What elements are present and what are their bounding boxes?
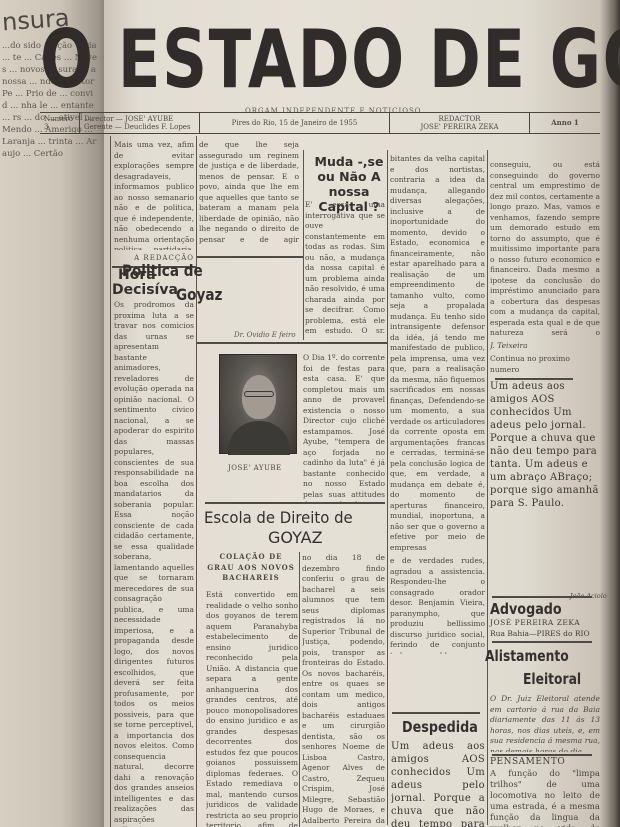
section-divider xyxy=(392,712,480,714)
politica-title-1: Politica de xyxy=(122,262,203,280)
advogado-address: Rua Bahia—PIRES do RIO xyxy=(490,629,590,638)
glasses-icon xyxy=(244,391,274,397)
muda-se-col1: E' essa uma interrogativa que se ouve co… xyxy=(305,200,385,336)
section-divider xyxy=(492,754,592,756)
advogado-name: JOSÉ PEREIRA ZEKA xyxy=(490,618,580,627)
politica-byline: Dr. Ovidio E feiro xyxy=(234,331,296,339)
column-rule xyxy=(303,150,304,340)
section-divider xyxy=(197,256,303,258)
director: Director — JOSE' AYUBE xyxy=(84,115,195,123)
despedida-title: Despedida xyxy=(402,718,478,736)
alistamento-title-1: Alistamento xyxy=(485,647,569,665)
muda-se-continued: Continua no proximo numero xyxy=(490,354,600,376)
pensamento-body: A função do "limpa trilhos" de uma locom… xyxy=(490,769,600,827)
escola-title-2: GOYAZ xyxy=(268,528,323,548)
column-rule xyxy=(196,136,197,827)
editor-name: JOSE' PEREIRA ZEKA xyxy=(394,123,525,131)
alistamento-title-2: Eleitoral xyxy=(523,670,581,688)
masthead-title: O ESTADO DE GOYAZ xyxy=(40,14,492,106)
despedida-body-continued: Um adeus aos amigos AOS conhecidos Um ad… xyxy=(490,380,600,510)
hora-decisiva-body: Os prodromos da proxima luta a se travar… xyxy=(114,300,194,827)
escola-col3: e de verdades rudes, agradou a assistenc… xyxy=(390,556,485,654)
manager: Gerente — Deuclides F. Lopes xyxy=(84,123,195,131)
muda-se-col2: bitantes da velha capital e dos nortista… xyxy=(390,154,485,554)
issue-number: Numero 3 xyxy=(40,113,80,133)
section-divider xyxy=(205,502,385,504)
column-rule xyxy=(299,552,300,827)
editorial-note-col2: de que lhe seja assegurado um reginem de… xyxy=(199,140,299,244)
newspaper-page: nsura ...do sido ... ição varia ... te .… xyxy=(0,0,620,827)
pensamento-title: PENSAMENTO xyxy=(490,757,565,767)
despedida-body-part1: Um adeus aos amigos AOS conhecidos Um ad… xyxy=(391,740,485,827)
photo-caption: JOSE' AYUBE xyxy=(228,464,282,472)
escola-col1: Está convertido em realidade o velho son… xyxy=(206,590,298,827)
jose-ayube-photo xyxy=(219,354,297,454)
editorial-note-col1: Mais uma vez, afim de evitar explorações… xyxy=(114,140,194,250)
editor-label: REDACTOR xyxy=(394,115,525,123)
section-divider xyxy=(492,596,592,598)
ayube-body: O Dia 1º. do corrente foi de festas para… xyxy=(303,353,385,503)
muda-se-col3: conseguiu, ou está conseguindo do govern… xyxy=(490,160,600,340)
alistamento-body: O Dr. Juiz Eleitoral atende em cartorio … xyxy=(490,694,600,752)
year-label: Anno 1 xyxy=(530,113,600,133)
column-rule xyxy=(387,150,388,825)
section-divider xyxy=(492,641,592,643)
column-rule xyxy=(110,136,111,827)
section-divider xyxy=(197,342,387,344)
hora-decisiva-title-2: Decisíva xyxy=(112,283,178,298)
advogado-title: Advogado xyxy=(490,600,562,618)
muda-se-author: J. Teixeira xyxy=(490,341,600,352)
editor-box: REDACTOR JOSE' PEREIRA ZEKA xyxy=(390,113,530,133)
column-rule xyxy=(487,150,488,825)
info-bar: Numero 3 Director — JOSE' AYUBE Gerente … xyxy=(40,112,600,134)
staff-box: Director — JOSE' AYUBE Gerente — Deuclid… xyxy=(80,113,200,133)
escola-col2: no dia 18 de dezembro findo conferiu o g… xyxy=(302,553,385,827)
place-date: Pires do Rio, 15 de Janeiro de 1955 xyxy=(200,113,390,133)
politica-title-2: Goyaz xyxy=(176,286,222,304)
escola-title-1: Escola de Direito de xyxy=(204,508,353,528)
escola-subhead: COLAÇÃO DE GRAU AOS NOVOS BACHAREIS xyxy=(206,552,296,586)
